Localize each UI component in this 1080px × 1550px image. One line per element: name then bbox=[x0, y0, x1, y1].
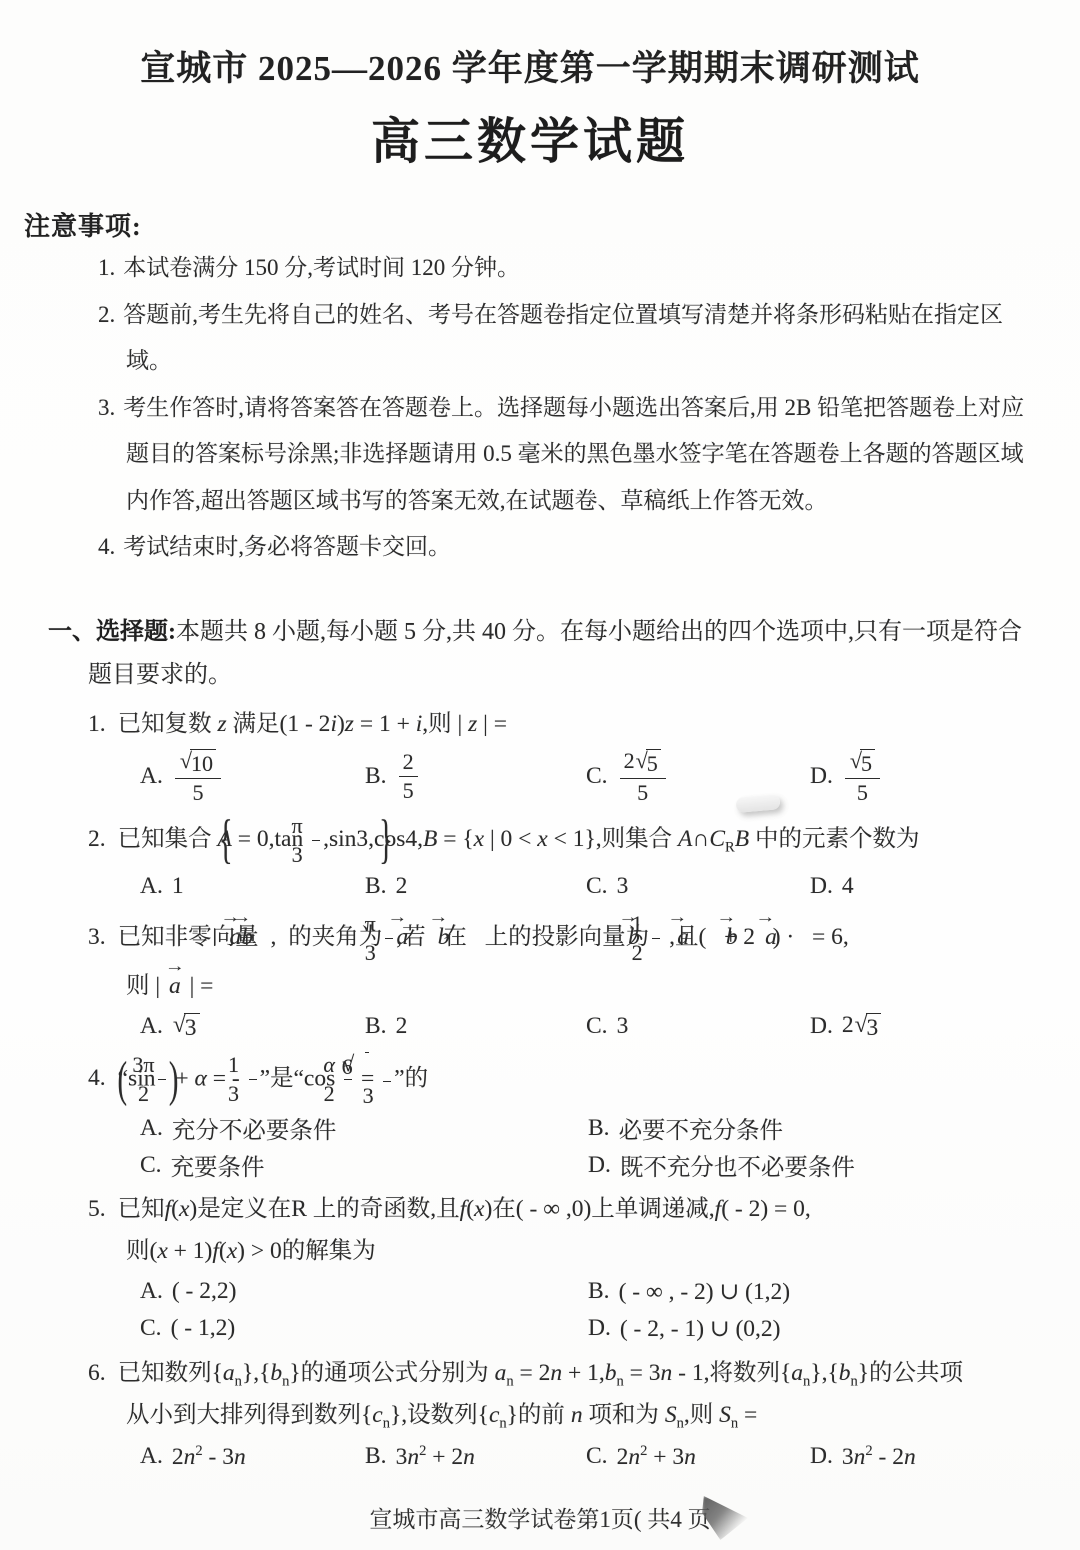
question: 6.已知数列{an},{bn}的通项公式分别为 an = 2n + 1,bn =… bbox=[24, 1353, 1036, 1474]
section-text: 本题共 8 小题,每小题 5 分,共 40 分。在每小题给出的四个选项中,只有一… bbox=[88, 619, 1022, 689]
vector-letter: b bbox=[726, 924, 738, 950]
italic-variable: x bbox=[474, 1196, 484, 1222]
italic-variable: c bbox=[372, 1402, 382, 1428]
option: C.充要条件 bbox=[140, 1148, 588, 1182]
italic-variable: n bbox=[407, 1444, 419, 1470]
option-label: B. bbox=[365, 873, 387, 900]
option-label: A. bbox=[140, 1115, 163, 1142]
option-body: 25 bbox=[396, 749, 421, 804]
italic-variable: n bbox=[184, 1444, 196, 1470]
option-body: ( - 2,2) bbox=[172, 1278, 237, 1305]
italic-variable: S bbox=[719, 1402, 731, 1428]
subscript: n bbox=[235, 1373, 242, 1389]
option-label: D. bbox=[810, 1013, 833, 1040]
option-body: 2√55 bbox=[617, 748, 669, 806]
sqrt: √6 bbox=[367, 1052, 369, 1080]
italic-variable: b bbox=[839, 1360, 851, 1386]
notice-number: 4. bbox=[98, 534, 115, 559]
page-footer-text: 宣城市高三数学试卷第1页( 共4 页 bbox=[369, 1507, 710, 1532]
fraction-numerator: 2√5 bbox=[620, 748, 666, 779]
question-line: 6.已知数列{an},{bn}的通项公式分别为 an = 2n + 1,bn =… bbox=[24, 1353, 1036, 1396]
option: B.( - ∞ , - 2) ∪ (1,2) bbox=[588, 1275, 1036, 1309]
option-body: 3n2 + 2n bbox=[396, 1443, 475, 1471]
page-subtitle: 高三数学试题 bbox=[24, 114, 1036, 170]
italic-variable: n bbox=[571, 1402, 583, 1428]
option-label: A. bbox=[140, 1443, 163, 1470]
notice-text: 答题前,考生先将自己的姓名、考号在答题卷指定位置填写清楚并将条形码粘贴在指定区域… bbox=[123, 302, 1003, 373]
fraction: √105 bbox=[175, 748, 221, 806]
fraction: 2√55 bbox=[620, 748, 666, 806]
option-body: 既不充分也不必要条件 bbox=[620, 1148, 855, 1182]
option-body: √105 bbox=[172, 748, 224, 806]
italic-variable: f bbox=[715, 1196, 722, 1222]
radicand: 6 bbox=[365, 1052, 369, 1080]
italic-variable: f bbox=[165, 1196, 172, 1222]
option-label: A. bbox=[140, 873, 163, 900]
italic-variable: i bbox=[330, 711, 337, 737]
option-body: 必要不充分条件 bbox=[619, 1111, 784, 1145]
notice-text: 考试结束时,务必将答题卡交回。 bbox=[123, 534, 451, 559]
options-grid: A.( - 2,2)B.( - ∞ , - 2) ∪ (1,2)C.( - 1,… bbox=[140, 1275, 1036, 1346]
notice-item: 2.答题前,考生先将自己的姓名、考号在答题卷指定位置填写清楚并将条形码粘贴在指定… bbox=[24, 292, 1036, 385]
page-footer: 宣城市高三数学试卷第1页( 共4 页 bbox=[0, 1501, 1080, 1534]
sqrt: √5 bbox=[636, 749, 661, 777]
options-grid: A.√105B.25C.2√55D.√55 bbox=[140, 748, 1036, 806]
question-number: 6. bbox=[88, 1360, 106, 1386]
vector-letter: a bbox=[397, 924, 409, 950]
italic-variable: x bbox=[537, 826, 547, 852]
vector-letter: b bbox=[438, 924, 450, 950]
option-body: ( - ∞ , - 2) ∪ (1,2) bbox=[619, 1277, 791, 1306]
subscript: n bbox=[731, 1416, 738, 1432]
option-label: C. bbox=[586, 1443, 608, 1470]
option-label: D. bbox=[810, 873, 833, 900]
question-line: 1.已知复数 z 满足(1 - 2i)z = 1 + i,则 | z | = bbox=[24, 704, 1036, 746]
italic-variable: n bbox=[854, 1444, 866, 1470]
option-body: 充分不必要条件 bbox=[172, 1111, 337, 1145]
vector: →a bbox=[169, 966, 181, 1008]
question: 5.已知f(x)是定义在R 上的奇函数,且f(x)在( - ∞ ,0)上单调递减… bbox=[24, 1189, 1036, 1346]
fraction: 3π2 bbox=[158, 1052, 166, 1107]
question-number: 5. bbox=[88, 1196, 106, 1222]
notice-item: 3.考生作答时,请将答案答在答题卷上。选择题每小题选出答案后,用 2B 铅笔把答… bbox=[24, 385, 1036, 524]
italic-variable: f bbox=[460, 1196, 467, 1222]
question-line: 则(x + 1)f(x) > 0的解集为 bbox=[24, 1231, 1036, 1273]
fraction-numerator: 1 bbox=[652, 911, 660, 939]
vector-arrow-icon: → bbox=[165, 953, 185, 981]
option-label: B. bbox=[588, 1115, 610, 1142]
italic-variable: a bbox=[791, 1360, 803, 1386]
italic-variable: n bbox=[628, 1444, 640, 1470]
fraction-denominator: 5 bbox=[857, 779, 868, 806]
subscript: n bbox=[506, 1373, 513, 1389]
italic-variable: n bbox=[661, 1360, 673, 1386]
option: C.3 bbox=[586, 870, 810, 904]
option-label: D. bbox=[588, 1315, 611, 1342]
fraction-denominator: 5 bbox=[403, 777, 414, 804]
question: 1.已知复数 z 满足(1 - 2i)z = 1 + i,则 | z | =A.… bbox=[24, 704, 1036, 806]
italic-variable: x bbox=[157, 1238, 167, 1264]
fraction: π3 bbox=[312, 813, 320, 868]
notices-heading: 注意事项: bbox=[24, 206, 1036, 243]
option: B.25 bbox=[365, 749, 586, 804]
radicand: 3 bbox=[184, 1013, 200, 1042]
options-grid: A.2n2 - 3nB.3n2 + 2nC.2n2 + 3nD.3n2 - 2n bbox=[140, 1440, 1036, 1474]
italic-variable: x bbox=[179, 1196, 189, 1222]
option-body: 3n2 - 2n bbox=[842, 1443, 916, 1471]
option-label: A. bbox=[140, 1278, 163, 1305]
italic-variable: x bbox=[227, 1238, 237, 1264]
fraction-numerator: √5 bbox=[845, 748, 880, 779]
option-label: D. bbox=[810, 763, 833, 790]
notice-number: 2. bbox=[98, 302, 115, 327]
italic-variable: b bbox=[270, 1360, 282, 1386]
italic-variable: n bbox=[234, 1444, 246, 1470]
fraction-numerator: 3π bbox=[158, 1052, 166, 1080]
question-number: 3. bbox=[88, 924, 106, 950]
option-label: D. bbox=[588, 1152, 611, 1179]
option-body: 2 bbox=[396, 873, 408, 900]
fraction-denominator: 5 bbox=[192, 779, 203, 806]
option: D.√55 bbox=[810, 748, 1036, 806]
option: A.2n2 - 3n bbox=[140, 1440, 365, 1474]
vector-letter: b bbox=[628, 924, 640, 950]
italic-variable: z bbox=[468, 711, 477, 737]
questions-list: 1.已知复数 z 满足(1 - 2i)z = 1 + i,则 | z | =A.… bbox=[24, 704, 1036, 1474]
italic-variable: n bbox=[463, 1444, 475, 1470]
option: A.√105 bbox=[140, 748, 365, 806]
subscript: n bbox=[617, 1373, 624, 1389]
option: A.√3 bbox=[140, 1010, 365, 1044]
notice-number: 3. bbox=[98, 395, 115, 420]
option-body: ( - 1,2) bbox=[171, 1315, 236, 1342]
radicand: 10 bbox=[190, 749, 216, 777]
fraction: 25 bbox=[399, 749, 418, 804]
fraction: 12 bbox=[652, 911, 660, 966]
italic-variable: z bbox=[345, 711, 354, 737]
page-title: 宣城市 2025—2026 学年度第一学期期末调研测试 bbox=[24, 48, 1036, 90]
option-body: √3 bbox=[172, 1012, 201, 1042]
radicand: 5 bbox=[860, 749, 875, 777]
option-body: ( - 2, - 1) ∪ (0,2) bbox=[620, 1314, 781, 1343]
question-line: 5.已知f(x)是定义在R 上的奇函数,且f(x)在( - ∞ ,0)上单调递减… bbox=[24, 1189, 1036, 1231]
option-label: C. bbox=[140, 1152, 162, 1179]
option: D.4 bbox=[810, 870, 1036, 904]
sqrt: √3 bbox=[855, 1013, 882, 1042]
option-body: √55 bbox=[842, 748, 883, 806]
options-grid: A.1B.2C.3D.4 bbox=[140, 870, 1036, 904]
question: 4.“sin(3π2 + α) = - 13”是“cos α2 = √63”的A… bbox=[24, 1051, 1036, 1182]
options-grid: A.充分不必要条件B.必要不充分条件C.充要条件D.既不充分也不必要条件 bbox=[140, 1111, 1036, 1182]
notice-item: 1.本试卷满分 150 分,考试时间 120 分钟。 bbox=[24, 245, 1036, 291]
italic-variable: a bbox=[223, 1360, 235, 1386]
italic-variable: f bbox=[212, 1238, 219, 1264]
fraction-numerator: √10 bbox=[175, 748, 221, 779]
option: B.必要不充分条件 bbox=[588, 1111, 1036, 1145]
question-line: 则 | →a | = bbox=[24, 966, 1036, 1008]
fraction-numerator: √6 bbox=[383, 1051, 391, 1082]
italic-variable: a bbox=[495, 1360, 507, 1386]
notices-list: 1.本试卷满分 150 分,考试时间 120 分钟。2.答题前,考生先将自己的姓… bbox=[24, 245, 1036, 570]
vector-letter: b bbox=[241, 924, 253, 950]
italic-variable: B bbox=[735, 826, 749, 852]
option: B.2 bbox=[365, 870, 586, 904]
option-body: 2√3 bbox=[842, 1012, 882, 1042]
option-body: 3 bbox=[617, 873, 629, 900]
option-body: 充要条件 bbox=[171, 1148, 265, 1182]
option-label: D. bbox=[810, 1443, 833, 1470]
option-label: A. bbox=[140, 1013, 163, 1040]
fraction-numerator: π bbox=[312, 813, 320, 841]
sqrt: √5 bbox=[850, 749, 875, 777]
subscript: n bbox=[282, 1373, 289, 1389]
superscript: 2 bbox=[640, 1443, 647, 1459]
italic-variable: n bbox=[550, 1360, 562, 1386]
question-number: 4. bbox=[88, 1065, 106, 1091]
superscript: 2 bbox=[865, 1443, 872, 1459]
fraction-numerator: 2 bbox=[399, 749, 418, 777]
option: C.2n2 + 3n bbox=[586, 1440, 810, 1474]
option-label: A. bbox=[140, 763, 163, 790]
option-label: C. bbox=[140, 1315, 162, 1342]
option-label: B. bbox=[365, 1013, 387, 1040]
option: B.3n2 + 2n bbox=[365, 1440, 586, 1474]
option-label: B. bbox=[365, 763, 387, 790]
italic-variable: b bbox=[605, 1360, 617, 1386]
notice-text: 考生作答时,请将答案答在答题卷上。选择题每小题选出答案后,用 2B 铅笔把答题卷… bbox=[123, 395, 1024, 513]
radicand: 3 bbox=[866, 1013, 882, 1042]
option-body: 4 bbox=[842, 873, 854, 900]
option: C.( - 1,2) bbox=[140, 1312, 588, 1346]
italic-variable: S bbox=[665, 1402, 677, 1428]
notice-text: 本试卷满分 150 分,考试时间 120 分钟。 bbox=[123, 255, 520, 280]
option: A.充分不必要条件 bbox=[140, 1111, 588, 1145]
vector-letter: a bbox=[765, 924, 777, 950]
vector-letter: a bbox=[677, 924, 689, 950]
option: C.3 bbox=[586, 1010, 810, 1044]
fraction-numerator: 1 bbox=[249, 1052, 257, 1080]
exam-paper-page: 宣城市 2025—2026 学年度第一学期期末调研测试 高三数学试题 注意事项:… bbox=[0, 0, 1080, 1550]
italic-variable: n bbox=[904, 1444, 916, 1470]
option: D.2√3 bbox=[810, 1010, 1036, 1044]
subscript: R bbox=[725, 839, 735, 855]
option-body: 2n2 + 3n bbox=[617, 1443, 696, 1471]
question-number: 2. bbox=[88, 826, 106, 852]
option-label: C. bbox=[586, 763, 608, 790]
sqrt: √3 bbox=[173, 1013, 200, 1042]
option: A.1 bbox=[140, 870, 365, 904]
option: D.既不充分也不必要条件 bbox=[588, 1148, 1036, 1182]
option-body: 1 bbox=[172, 873, 184, 900]
options-grid: A.√3B.2C.3D.2√3 bbox=[140, 1010, 1036, 1044]
fraction: √55 bbox=[845, 748, 880, 806]
question-number: 1. bbox=[88, 711, 106, 737]
option-label: B. bbox=[588, 1278, 610, 1305]
option-label: B. bbox=[365, 1443, 387, 1470]
option: B.2 bbox=[365, 1010, 586, 1044]
fraction: √63 bbox=[383, 1051, 391, 1109]
italic-variable: C bbox=[709, 826, 725, 852]
question: 2.已知集合 A = {0,tan π3,sin3,cos4},B = {x |… bbox=[24, 813, 1036, 904]
question-line: 从小到大排列得到数列{cn},设数列{cn}的前 n 项和为 Sn,则 Sn = bbox=[24, 1395, 1036, 1438]
notice-number: 1. bbox=[98, 255, 115, 280]
question: 3.已知非零向量 →a,→b 的夹角为π3,若 →a 在 →b 上的投影向量为1… bbox=[24, 911, 1036, 1044]
option-body: 2 bbox=[396, 1013, 408, 1040]
italic-variable: c bbox=[489, 1402, 499, 1428]
page-content: 宣城市 2025—2026 学年度第一学期期末调研测试 高三数学试题 注意事项:… bbox=[0, 0, 1080, 1474]
notice-item: 4.考试结束时,务必将答题卡交回。 bbox=[24, 524, 1036, 570]
subscript: n bbox=[499, 1416, 506, 1432]
radicand: 5 bbox=[646, 749, 661, 777]
option-body: 2n2 - 3n bbox=[172, 1443, 246, 1471]
italic-variable: α bbox=[195, 1065, 207, 1091]
fraction-denominator: 5 bbox=[637, 779, 648, 806]
italic-variable: z bbox=[218, 711, 227, 737]
italic-variable: i bbox=[416, 711, 423, 737]
italic-variable: A bbox=[678, 826, 692, 852]
question-line: 2.已知集合 A = {0,tan π3,sin3,cos4},B = {x |… bbox=[24, 813, 1036, 868]
italic-variable: B bbox=[423, 826, 437, 852]
section-label: 一、选择题: bbox=[48, 619, 176, 645]
subscript: n bbox=[803, 1373, 810, 1389]
subscript: n bbox=[677, 1416, 684, 1432]
option-label: C. bbox=[586, 1013, 608, 1040]
superscript: 2 bbox=[195, 1443, 202, 1459]
italic-variable: x bbox=[474, 826, 484, 852]
section-header: 一、选择题:本题共 8 小题,每小题 5 分,共 40 分。在每小题给出的四个选… bbox=[24, 611, 1036, 698]
superscript: 2 bbox=[419, 1443, 426, 1459]
question-line: 4.“sin(3π2 + α) = - 13”是“cos α2 = √63”的 bbox=[24, 1051, 1036, 1109]
italic-variable: n bbox=[684, 1444, 696, 1470]
italic-variable: α bbox=[323, 1052, 335, 1077]
option: D.3n2 - 2n bbox=[810, 1440, 1036, 1474]
fraction: 13 bbox=[249, 1052, 257, 1107]
option: D.( - 2, - 1) ∪ (0,2) bbox=[588, 1312, 1036, 1346]
option: A.( - 2,2) bbox=[140, 1275, 588, 1309]
subscript: n bbox=[851, 1373, 858, 1389]
sqrt: √10 bbox=[180, 749, 216, 777]
option-label: C. bbox=[586, 873, 608, 900]
option-body: 3 bbox=[617, 1013, 629, 1040]
subscript: n bbox=[383, 1416, 390, 1432]
